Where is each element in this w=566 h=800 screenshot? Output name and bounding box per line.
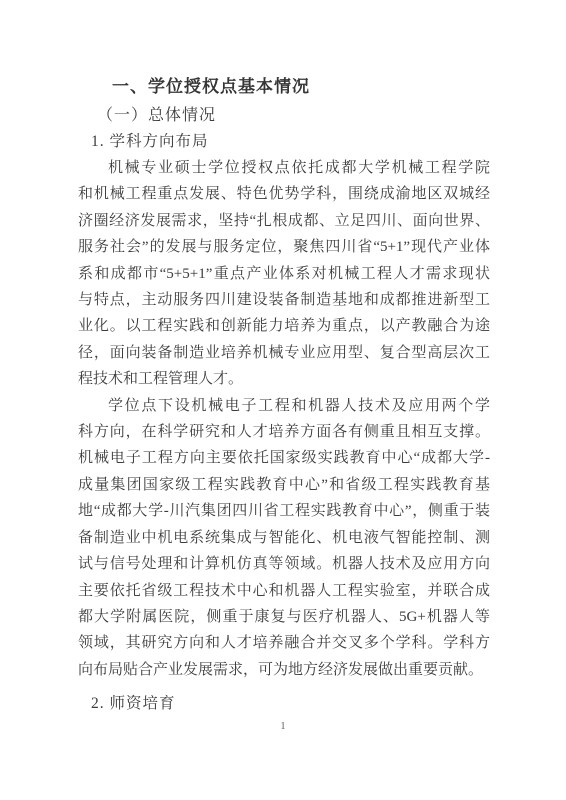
paragraph-line: 学位点下设机械电子工程和机器人技术及应用两个学: [78, 393, 490, 419]
paragraph-line: 和机械工程重点发展、特色优势学科，围绕成渝地区双城经: [78, 181, 490, 207]
paragraph-line: 服务社会”的发展与服务定位，聚焦四川省“5+1”现代产业体: [78, 234, 490, 260]
document-page: 一、学位授权点基本情况 （一）总体情况 1. 学科方向布局 机械专业硕士学位授权…: [0, 0, 566, 800]
paragraph-line: 径，面向装备制造业培养机械专业应用型、复合型高层次工: [78, 340, 490, 366]
paragraph-line: 济圈经济发展需求，坚持“扎根成都、立足四川、面向世界、: [78, 208, 490, 234]
paragraph-line: 业化。以工程实践和创新能力培养为重点，以产教融合为途: [78, 313, 490, 339]
paragraph-line: 科方向，在科学研究和人才培养方面各有侧重且相互支撑。: [78, 419, 490, 445]
page-number: 1: [0, 721, 566, 732]
body-text: 机械专业硕士学位授权点依托成都大学机械工程学院 和机械工程重点发展、特色优势学科…: [78, 155, 490, 683]
paragraph-line: 试与信号处理和计算机仿真等领域。机器人技术及应用方向: [78, 551, 490, 577]
paragraph-line: 系和成都市“5+5+1”重点产业体系对机械工程人才需求现状: [78, 261, 490, 287]
numbered-heading-1: 1. 学科方向布局: [91, 129, 209, 151]
paragraph-line: 领域，其研究方向和人才培养融合并交叉多个学科。学科方: [78, 630, 490, 656]
section-heading-1: 一、学位授权点基本情况: [112, 72, 310, 97]
paragraph-line: 程技术和工程管理人才。: [78, 366, 490, 392]
paragraph-line: 向布局贴合产业发展需求，可为地方经济发展做出重要贡献。: [78, 657, 490, 683]
paragraph-line: 成量集团国家级工程实践教育中心”和省级工程实践教育基: [78, 472, 490, 498]
paragraph-line: 地“成都大学-川汽集团四川省工程实践教育中心”，侧重于装: [78, 498, 490, 524]
paragraph-line: 机械电子工程方向主要依托国家级实践教育中心“成都大学-: [78, 445, 490, 471]
subsection-heading: （一）总体情况: [97, 102, 216, 125]
paragraph-line: 主要依托省级工程技术中心和机器人工程实验室，并联合成: [78, 578, 490, 604]
numbered-heading-2: 2. 师资培育: [91, 691, 176, 713]
paragraph-line: 与特点，主动服务四川建设装备制造基地和成都推进新型工: [78, 287, 490, 313]
paragraph-line: 都大学附属医院，侧重于康复与医疗机器人、5G+机器人等: [78, 604, 490, 630]
paragraph-line: 备制造业中机电系统集成与智能化、机电液气智能控制、测: [78, 525, 490, 551]
paragraph-line: 机械专业硕士学位授权点依托成都大学机械工程学院: [78, 155, 490, 181]
